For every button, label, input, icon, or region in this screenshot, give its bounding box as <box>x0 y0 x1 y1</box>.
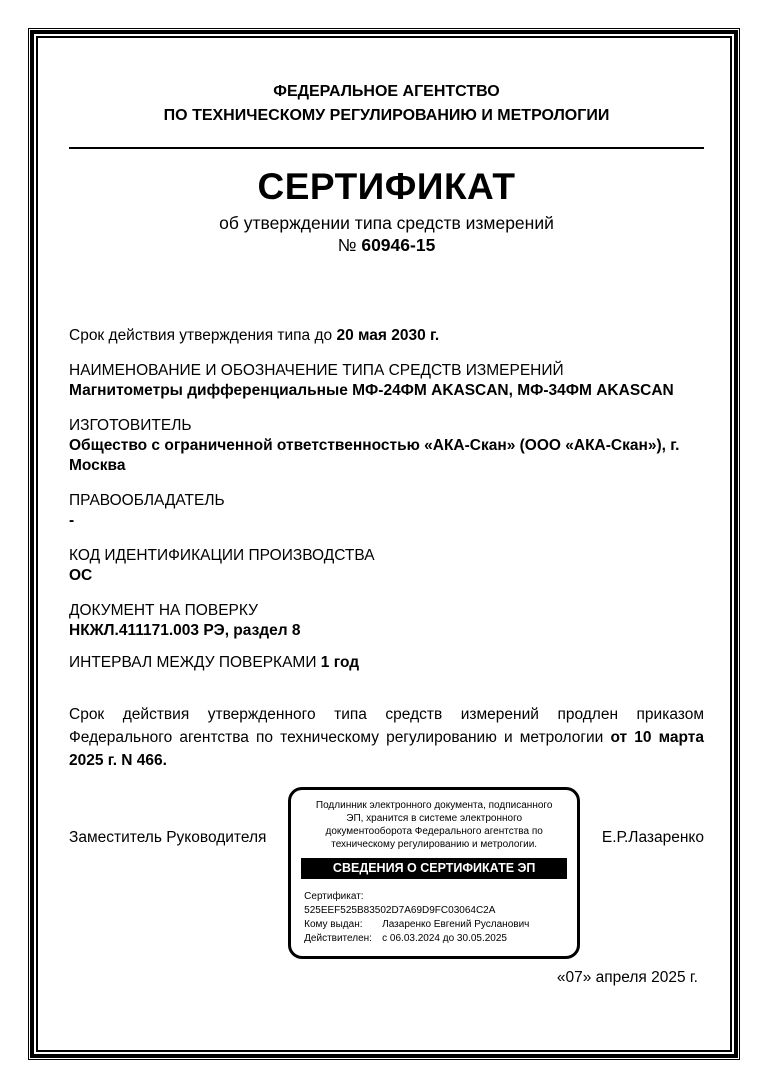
extension-text: Срок действия утвержденного типа средств… <box>69 706 704 746</box>
header-divider <box>69 147 704 149</box>
stamp-field-label: Кому выдан: <box>304 918 382 932</box>
stamp-field-label: Действителен: <box>304 932 382 946</box>
stamp-field-value: Лазаренко Евгений Русланович <box>382 919 529 930</box>
certificate-frame-outer: ФЕДЕРАЛЬНОЕ АГЕНТСТВО ПО ТЕХНИЧЕСКОМУ РЕ… <box>28 28 740 1060</box>
section-type-name: НАИМЕНОВАНИЕ И ОБОЗНАЧЕНИЕ ТИПА СРЕДСТВ … <box>69 361 704 401</box>
stamp-field-issued-to: Кому выдан:Лазаренко Евгений Русланович <box>304 918 569 932</box>
section-value: Магнитометры дифференциальные МФ-24ФМ AK… <box>69 381 704 401</box>
section-label: ДОКУМЕНТ НА ПОВЕРКУ <box>69 601 704 621</box>
certificate-number-prefix: № <box>338 235 357 255</box>
section-manufacturer: ИЗГОТОВИТЕЛЬ Общество с ограниченной отв… <box>69 416 704 476</box>
section-label: КОД ИДЕНТИФИКАЦИИ ПРОИЗВОДСТВА <box>69 546 704 566</box>
certificate-number-value: 60946-15 <box>361 235 435 255</box>
stamp-field-value: с 06.03.2024 до 30.05.2025 <box>382 933 507 944</box>
verification-interval-line: ИНТЕРВАЛ МЕЖДУ ПОВЕРКАМИ 1 год <box>69 653 704 673</box>
validity-line: Срок действия утверждения типа до 20 мая… <box>69 326 704 346</box>
signatory-position: Заместитель Руководителя <box>69 829 266 847</box>
section-verification-document: ДОКУМЕНТ НА ПОВЕРКУ НКЖЛ.411171.003 РЭ, … <box>69 601 704 641</box>
validity-label: Срок действия утверждения типа до <box>69 327 332 344</box>
stamp-fields: Сертификат:525EEF525B83502D7A69D9FC03064… <box>299 890 569 946</box>
section-label: НАИМЕНОВАНИЕ И ОБОЗНАЧЕНИЕ ТИПА СРЕДСТВ … <box>69 361 704 381</box>
stamp-field-certificate: Сертификат:525EEF525B83502D7A69D9FC03064… <box>304 890 569 918</box>
section-value: НКЖЛ.411171.003 РЭ, раздел 8 <box>69 621 704 641</box>
certificate-frame-inner: ФЕДЕРАЛЬНОЕ АГЕНТСТВО ПО ТЕХНИЧЕСКОМУ РЕ… <box>36 36 732 1052</box>
stamp-description: Подлинник электронного документа, подпис… <box>299 799 569 851</box>
certificate-frame-mid: ФЕДЕРАЛЬНОЕ АГЕНТСТВО ПО ТЕХНИЧЕСКОМУ РЕ… <box>30 30 738 1058</box>
section-rights-holder: ПРАВООБЛАДАТЕЛЬ - <box>69 491 704 531</box>
section-value: Общество с ограниченной ответственностью… <box>69 436 704 476</box>
agency-header: ФЕДЕРАЛЬНОЕ АГЕНТСТВО ПО ТЕХНИЧЕСКОМУ РЕ… <box>69 80 704 128</box>
certificate-number: № 60946-15 <box>69 234 704 256</box>
stamp-header-bar: СВЕДЕНИЯ О СЕРТИФИКАТЕ ЭП <box>301 858 567 879</box>
stamp-field-label: Сертификат: <box>304 890 382 904</box>
extension-paragraph: Срок действия утвержденного типа средств… <box>69 703 704 772</box>
section-label: ПРАВООБЛАДАТЕЛЬ <box>69 491 704 511</box>
certificate-date: «07» апреля 2025 г. <box>69 969 704 987</box>
signatory-name: Е.Р.Лазаренко <box>602 829 704 847</box>
agency-line-2: ПО ТЕХНИЧЕСКОМУ РЕГУЛИРОВАНИЮ И МЕТРОЛОГ… <box>69 104 704 128</box>
section-label: ИЗГОТОВИТЕЛЬ <box>69 416 704 436</box>
interval-value: 1 год <box>321 654 359 671</box>
signature-row: Заместитель Руководителя Подлинник элект… <box>69 787 704 959</box>
electronic-signature-stamp: Подлинник электронного документа, подпис… <box>288 787 580 959</box>
agency-line-1: ФЕДЕРАЛЬНОЕ АГЕНТСТВО <box>69 80 704 104</box>
interval-label: ИНТЕРВАЛ МЕЖДУ ПОВЕРКАМИ <box>69 654 316 671</box>
section-production-id-code: КОД ИДЕНТИФИКАЦИИ ПРОИЗВОДСТВА ОС <box>69 546 704 586</box>
certificate-subtitle: об утверждении типа средств измерений <box>69 212 704 234</box>
stamp-field-valid-period: Действителен:с 06.03.2024 до 30.05.2025 <box>304 932 569 946</box>
stamp-field-value: 525EEF525B83502D7A69D9FC03064C2A <box>304 905 495 916</box>
certificate-content: ФЕДЕРАЛЬНОЕ АГЕНТСТВО ПО ТЕХНИЧЕСКОМУ РЕ… <box>38 38 730 1050</box>
validity-value: 20 мая 2030 г. <box>336 327 439 344</box>
certificate-title: СЕРТИФИКАТ <box>69 167 704 207</box>
section-value: ОС <box>69 566 704 586</box>
section-value: - <box>69 511 704 531</box>
certificate-page: ФЕДЕРАЛЬНОЕ АГЕНТСТВО ПО ТЕХНИЧЕСКОМУ РЕ… <box>0 0 771 1092</box>
